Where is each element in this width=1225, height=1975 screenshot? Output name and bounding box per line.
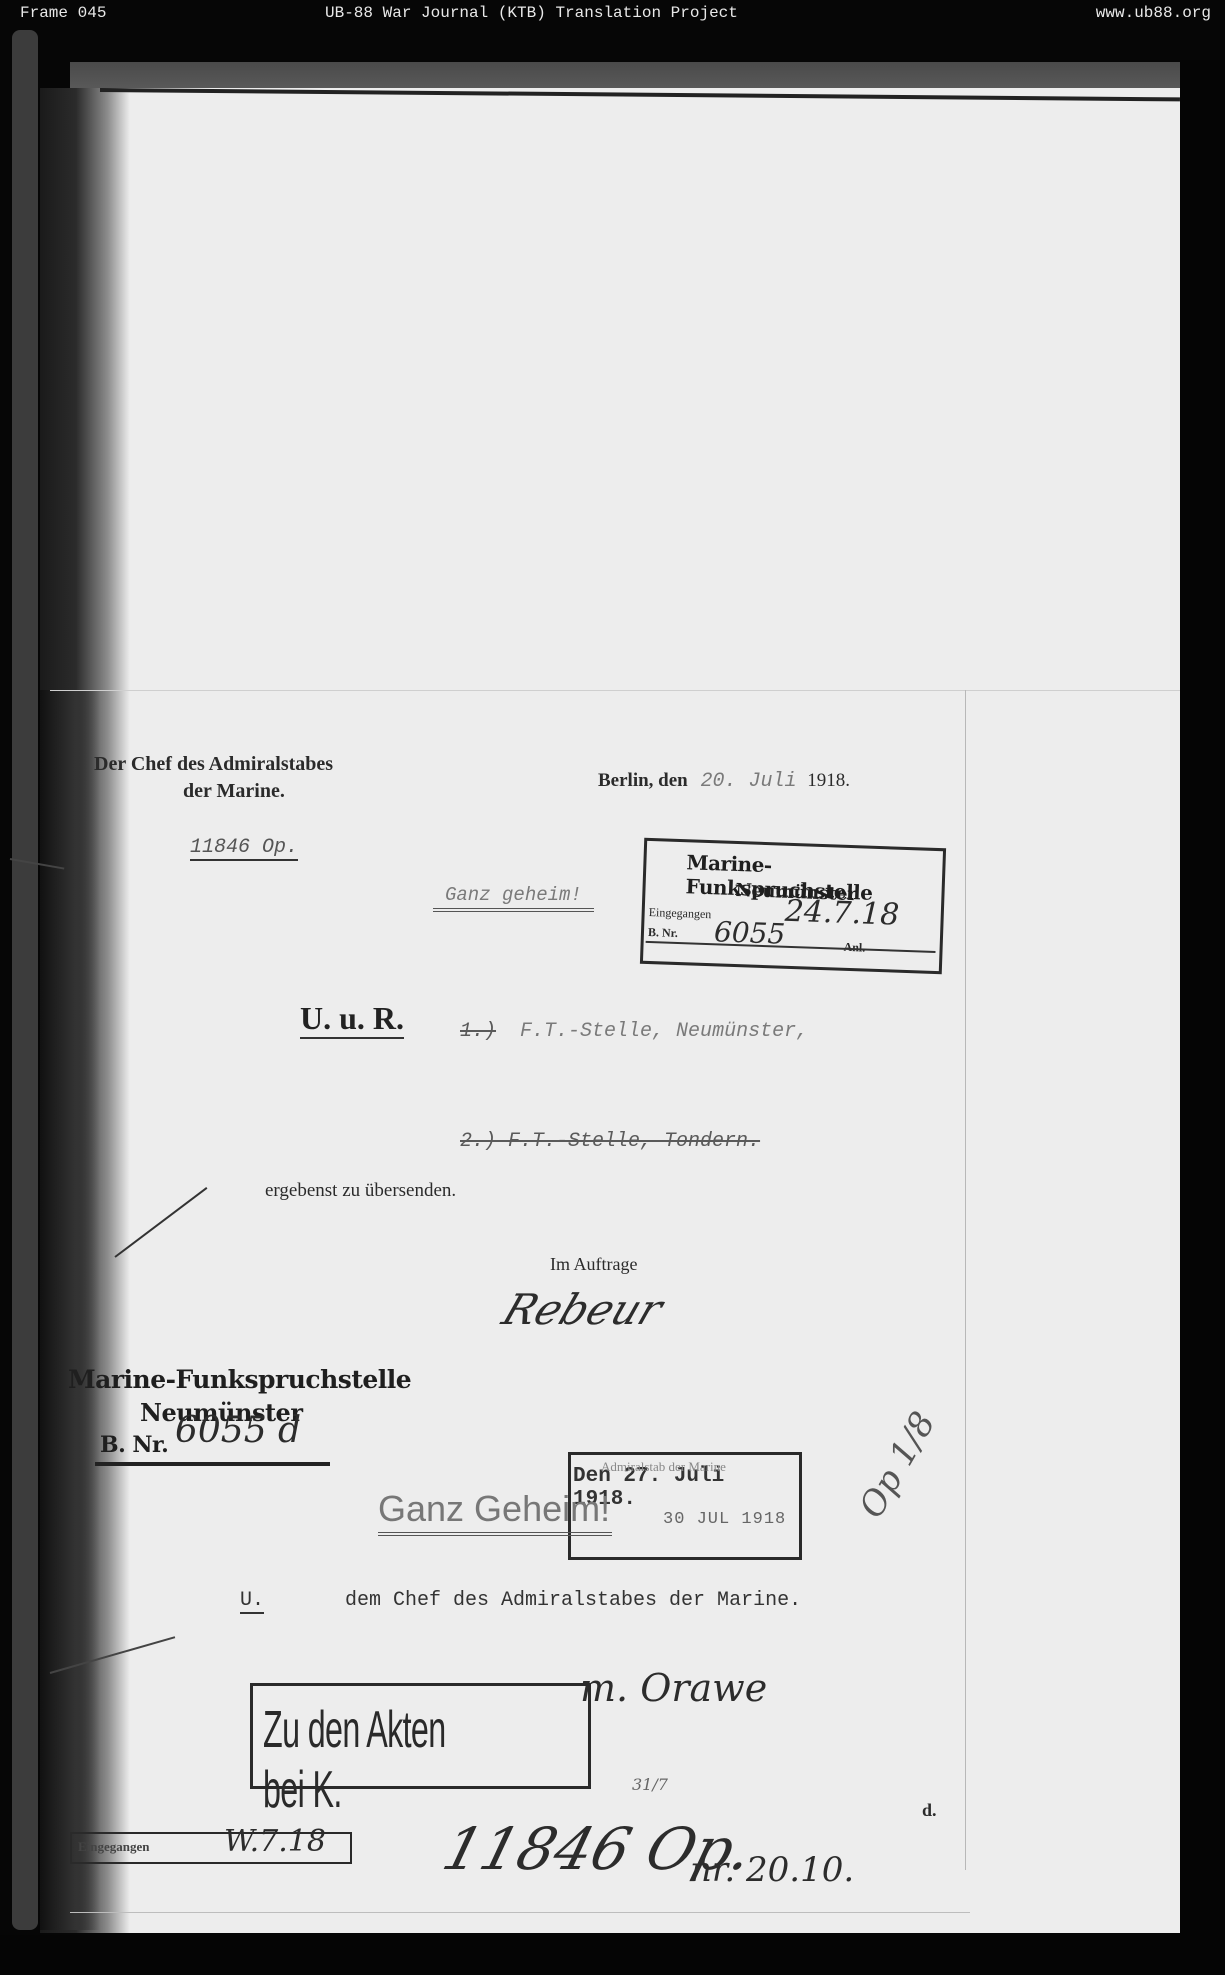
project-title: UB-88 War Journal (KTB) Translation Proj…: [325, 0, 738, 26]
file-stamp-text: Zu den Akten bei K.: [263, 1700, 465, 1820]
routing-prefix: U. u. R.: [300, 1000, 404, 1039]
reply-routing-text: dem Chef des Admiralstabes der Marine.: [345, 1589, 801, 1612]
neumuenster-stamp-label: B. Nr.: [100, 1432, 168, 1458]
reply-routing-prefix: U.: [240, 1589, 264, 1614]
small-margin-mark: 31/7: [632, 1775, 668, 1794]
page-margin-line: [965, 690, 966, 1870]
signature-label: Im Auftrage: [550, 1254, 637, 1275]
receipt-stamp-handwritten-date: 24.7.18: [784, 894, 900, 933]
routing-item1-text: F.T.-Stelle, Neumünster,: [520, 1020, 808, 1043]
page-bottom-rule: [70, 1912, 970, 1913]
classification-top-secret: Ganz geheim!: [433, 884, 594, 912]
reference-number: 11846 Op.: [190, 836, 298, 861]
eingang-stamp-label: Eingegangen: [78, 1839, 150, 1855]
receipt-stamp-received-label: Eingegangen: [648, 905, 711, 922]
neumuenster-stamp-handwritten: 6055 d: [175, 1410, 301, 1451]
reply-received-date: 30 JUL 1918: [663, 1510, 786, 1529]
film-strip-edge: [12, 30, 38, 1930]
bottom-film-border: [0, 1935, 1225, 1975]
routing-item1-number: 1.): [460, 1020, 496, 1043]
eingang-stamp: Eingegangen W.7.18: [70, 1832, 352, 1864]
reply-date-overprint: Admiralstab der Marine: [601, 1459, 726, 1475]
frame-number: Frame 045: [20, 0, 106, 26]
receipt-stamp-number-label: B. Nr.: [648, 925, 678, 941]
corner-letter: d.: [922, 1800, 937, 1821]
place-date: Berlin, den 20. Juli 1918.: [598, 770, 850, 793]
document-page: [50, 88, 1180, 1933]
receipt-stamp-rule: [646, 941, 936, 953]
place-label: Berlin, den: [598, 770, 688, 791]
routing-item1: 1.) F.T.-Stelle, Neumünster,: [460, 1020, 808, 1043]
date-year: 1918.: [807, 770, 850, 791]
eingang-stamp-handwritten: W.7.18: [224, 1824, 326, 1859]
typed-date: 20. Juli: [700, 770, 796, 793]
signature: Rebeur: [496, 1285, 669, 1334]
receipt-stamp: Marine-Funkspruchstelle Neumünster Einge…: [640, 838, 946, 974]
page-fold-line: [50, 690, 1180, 691]
frame-banner: Frame 045 UB-88 War Journal (KTB) Transl…: [0, 0, 1225, 28]
right-film-border: [1180, 60, 1225, 1960]
neumuenster-stamp-line1: Marine-Funkspruchstelle: [68, 1365, 411, 1394]
file-stamp: Zu den Akten bei K.: [250, 1683, 591, 1789]
website-link[interactable]: www.ub88.org: [1096, 0, 1211, 26]
letterhead-line1: Der Chef des Admiralstabes: [94, 753, 333, 776]
page-binding-shadow: [40, 690, 100, 1930]
letterhead-line2: der Marine.: [183, 780, 285, 803]
routing-item2-struck: 2.) F.T.-Stelle, Tondern.: [460, 1130, 760, 1153]
classification-top-secret-2: Ganz Geheim!: [378, 1488, 612, 1536]
handwritten-initials: m. Orawe: [580, 1666, 767, 1710]
body-text: ergebenst zu übersenden.: [265, 1180, 456, 1202]
neumuenster-stamp-underline: [95, 1462, 330, 1466]
bottom-handwritten-note: nr. 20.10.: [690, 1850, 854, 1890]
